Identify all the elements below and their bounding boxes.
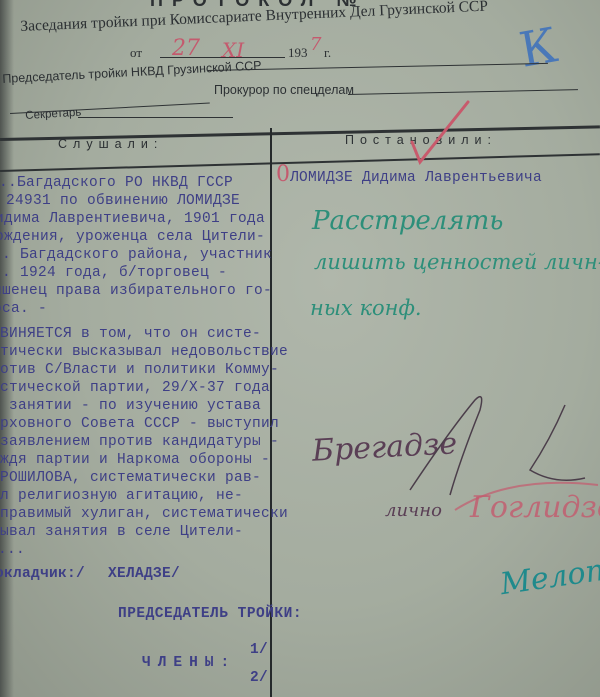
heard-line: лишенец права избирательного го- xyxy=(0,283,272,299)
members-label: ЧЛЕНЫ: xyxy=(142,655,236,671)
date-month: XI xyxy=(222,38,244,62)
charge-line: Верховного Совета СССР - выступил xyxy=(0,416,279,432)
signature-1-sub: лично xyxy=(385,500,442,521)
date-day: 27 xyxy=(172,36,200,61)
secretary-line xyxy=(78,117,233,118)
date-year-digit: 7 xyxy=(310,34,321,55)
charge-line: против С/Власти и политики Комму- xyxy=(0,362,279,378)
resolution-handwritten-line-2: лишить ценностей личн- xyxy=(314,250,600,274)
heard-line: ...Багдадского РО НКВД ГССР xyxy=(0,175,233,191)
date-prefix: от xyxy=(130,45,142,61)
heard-line: ... 1924 года, б/торговец - xyxy=(0,265,227,281)
date-year: 193 xyxy=(288,45,308,61)
prosecutor-label: Прокурор по спецделам xyxy=(214,83,354,97)
heard-line: № 24931 по обвинению ЛОМИДЗЕ xyxy=(0,193,240,209)
charge-line: ОБВИНЯЕТСЯ в том, что он систе- xyxy=(0,326,261,342)
charge-line: с заявлением против кандидатуры - xyxy=(0,434,279,450)
column-heading-heard: Слушали: xyxy=(58,137,163,151)
chairman-signature-label: ПРЕДСЕДАТЕЛЬ ТРОЙКИ: xyxy=(118,606,302,622)
charge-line: вождя партии и Наркома обороны - xyxy=(0,452,270,468)
charge-line: ... xyxy=(0,542,25,558)
resolution-handwritten-line-1: Расстрелять xyxy=(312,206,503,236)
red-check-mark-icon xyxy=(410,100,480,170)
member-2: 2/ xyxy=(250,670,268,686)
member-1: 1/ xyxy=(250,642,268,658)
red-zero-mark: 0 xyxy=(276,162,290,187)
heard-line: лоса. - xyxy=(0,301,47,317)
reporter-label: Докладчик:/ xyxy=(0,566,85,582)
charge-line: нистической партии, 29/Х-37 года xyxy=(0,380,270,396)
charge-line: на занятии - по изучению устава xyxy=(0,398,261,414)
charge-line: срывал занятия в селе Цители- xyxy=(0,524,243,540)
charge-line: ВОРОШИЛОВА, систематически рав- xyxy=(0,470,261,486)
heard-line: Дидима Лаврентиевича, 1901 года xyxy=(0,211,265,227)
charge-line: матически высказывал недовольствие xyxy=(0,344,288,360)
resolution-handwritten-line-3: ных конф. xyxy=(310,296,422,320)
date-suffix: г. xyxy=(324,45,331,61)
resolution-typed-name: ЛОМИДЗЕ Дидима Лаврентьевича xyxy=(290,170,542,186)
charge-line: исправимый хулиган, систематически xyxy=(0,506,288,522)
heard-line: рождения, уроженца села Цители- xyxy=(0,229,265,245)
reporter-name: ХЕЛАДЗЕ/ xyxy=(108,566,180,582)
red-pencil-stroke xyxy=(450,470,600,530)
heard-line: ... Багдадского района, участник xyxy=(0,247,272,263)
charge-line: вел религиозную агитацию, не- xyxy=(0,488,243,504)
